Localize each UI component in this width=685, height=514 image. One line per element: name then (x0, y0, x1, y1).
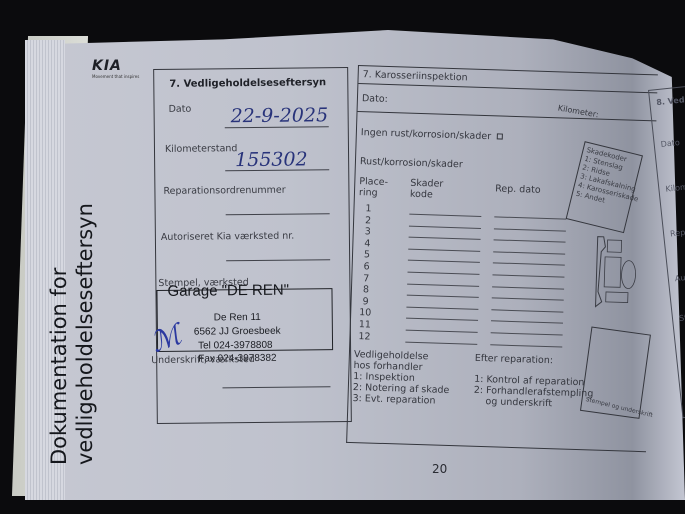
repair-date-field[interactable] (491, 332, 563, 335)
damage-code-field[interactable] (408, 260, 480, 263)
date-label: Dato (169, 104, 192, 115)
next-page-title: 8. Ved (656, 95, 685, 107)
damage-code-field[interactable] (406, 330, 478, 333)
repair-date-field[interactable] (491, 309, 563, 312)
after-repair-steps: Efter reparation: 1: Kontrol af reparati… (473, 353, 594, 411)
row-number: 11 (355, 319, 375, 331)
damage-label: Rust/korrosion/skader (360, 156, 463, 170)
workshop-signature-label: Underskrift, værksted (151, 354, 255, 366)
damage-code-field[interactable] (409, 225, 481, 228)
next-page-label: Kilom (665, 182, 685, 193)
damage-code-field[interactable] (406, 318, 478, 321)
column-placering: Place- ring (359, 176, 388, 199)
next-page-label: Au (674, 273, 685, 283)
row-number: 10 (355, 307, 375, 319)
body-inspection-title: 7. Karosseriinspektion (363, 69, 468, 83)
repair-date-field[interactable] (493, 263, 565, 266)
next-page-label: Rep (670, 228, 685, 239)
row-number: 12 (354, 331, 374, 343)
repair-date-field[interactable] (494, 216, 566, 219)
maintenance-service-form: 7. Vedligeholdelseseftersyn Dato 22-9-20… (153, 67, 352, 424)
damage-code-field[interactable] (405, 341, 477, 344)
repair-order-label: Reparationsordrenummer (163, 185, 285, 197)
stamp-postal-city: 6562 JJ Groesbeek (194, 326, 281, 338)
mileage-handwritten-value[interactable]: 155302 (235, 148, 308, 171)
repair-date-field[interactable] (494, 228, 566, 231)
vertical-title-line-1: Dokumentation for (46, 203, 72, 465)
page-number: 20 (432, 462, 447, 476)
damage-code-field[interactable] (407, 295, 479, 298)
inspection-date-label: Dato: (362, 93, 388, 105)
next-page-label: Dato (660, 138, 680, 149)
stamp-garage-name: Garage "DE REN" (167, 282, 289, 300)
date-divider (358, 111, 657, 121)
row-number: 9 (355, 296, 375, 308)
column-damage-code: Skader kode (410, 178, 444, 201)
repair-order-line[interactable] (226, 213, 330, 215)
damage-code-field[interactable] (409, 214, 481, 217)
authorized-workshop-label: Autoriseret Kia værksted nr. (161, 231, 295, 243)
vertical-title-line-2: vedligeholdelseseftersyn (72, 203, 98, 465)
authorized-workshop-line[interactable] (226, 259, 330, 261)
column-repair-date: Rep. dato (495, 183, 541, 195)
row-number: 5 (357, 249, 377, 261)
row-number: 4 (357, 238, 377, 250)
title-divider (358, 83, 657, 93)
row-number: 8 (356, 284, 376, 296)
maintenance-steps: Vedligeholdelse hos forhandler 1: Inspek… (352, 349, 450, 407)
row-number: 6 (356, 261, 376, 273)
signature-line[interactable] (222, 386, 330, 388)
damage-code-field[interactable] (409, 237, 481, 240)
damage-code-field[interactable] (408, 272, 480, 275)
no-damage-checkbox[interactable] (497, 133, 503, 139)
date-line (225, 126, 329, 128)
damage-codes-legend: Skadekoder1: Stenslag2: Ridse3: Lakafska… (566, 141, 643, 233)
date-handwritten-value[interactable]: 22-9-2025 (231, 104, 329, 127)
repair-date-field[interactable] (492, 286, 564, 289)
damage-code-field[interactable] (406, 306, 478, 309)
repair-date-field[interactable] (493, 251, 565, 254)
repair-date-field[interactable] (491, 321, 563, 324)
repair-date-field[interactable] (492, 274, 564, 277)
next-page-label: St (679, 313, 685, 323)
row-number: 3 (358, 226, 378, 238)
damage-code-field[interactable] (407, 283, 479, 286)
mileage-line (225, 169, 329, 171)
stamp-phone: Tel 024-3978808 (198, 340, 273, 352)
row-number: 1 (358, 203, 378, 215)
row-number: 7 (356, 273, 376, 285)
kia-logo: KIA Movement that inspires (92, 58, 139, 79)
kia-wordmark: KIA (92, 58, 139, 74)
no-damage-label: Ingen rust/korrosion/skader (361, 127, 504, 142)
stamp-address: De Ren 11 (214, 312, 261, 323)
repair-date-field[interactable] (494, 240, 566, 243)
vertical-section-title: Dokumentation for vedligeholdelsesefters… (46, 203, 98, 465)
repair-date-field[interactable] (492, 298, 564, 301)
body-inspection-form: 7. Karosseriinspektion Dato: Kilometer: … (346, 65, 658, 452)
row-number: 2 (358, 215, 378, 227)
kia-tagline: Movement that inspires (92, 74, 139, 79)
mileage-label: Kilometerstand (165, 143, 238, 155)
car-diagram-icon (587, 231, 639, 313)
form-title: 7. Vedligeholdelseseftersyn (169, 77, 326, 90)
damage-code-field[interactable] (408, 248, 480, 251)
repair-date-field[interactable] (490, 344, 562, 347)
